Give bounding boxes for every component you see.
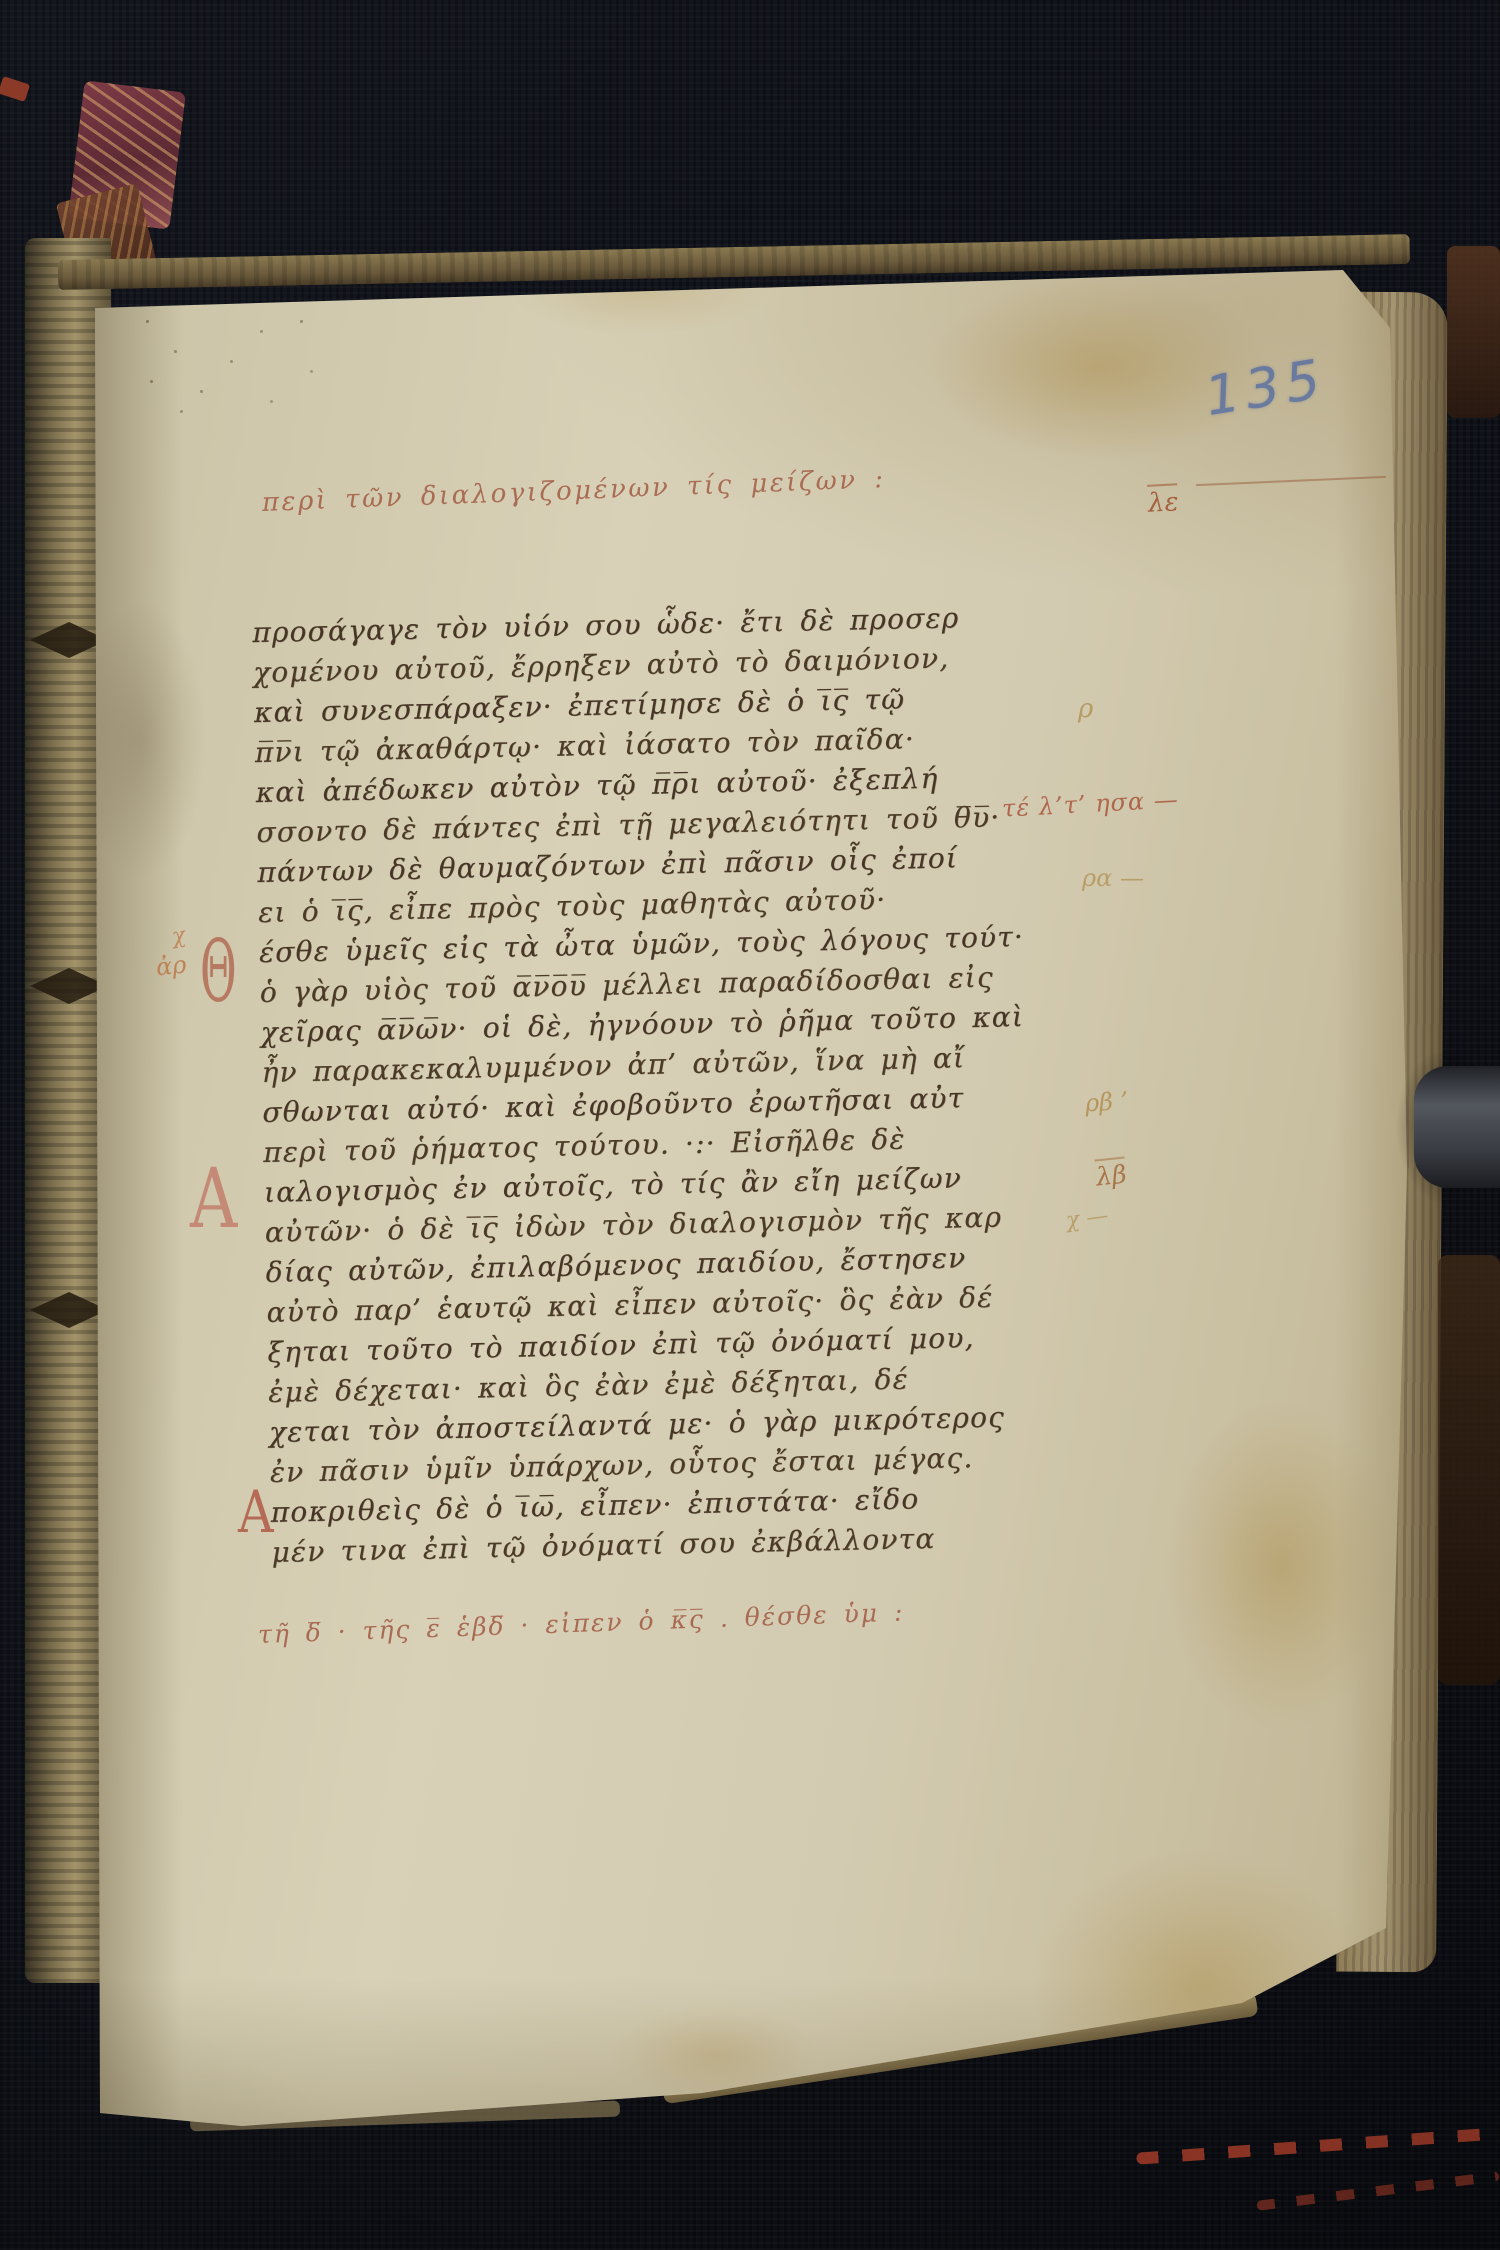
section-number: ρ xyxy=(1078,694,1093,724)
stain xyxy=(1030,1850,1370,2120)
text-block: προσάγαγε τὸν υἱόν σου ὧδε· ἔτι δὲ προσε… xyxy=(252,600,1062,1576)
stain xyxy=(1165,1400,1395,1730)
cover-leather-patch xyxy=(1438,1255,1500,1685)
lection-start-mark: ἀρ xyxy=(155,950,188,981)
initial-theta: Θ xyxy=(200,922,237,1022)
stain xyxy=(610,2005,820,2105)
initial-alpha: Α xyxy=(190,1152,237,1247)
canon-number: λβ xyxy=(1094,1157,1127,1192)
cover-leather-patch xyxy=(1447,246,1500,418)
page-clamp xyxy=(1414,1066,1500,1188)
section-number: ρβ ’ xyxy=(1084,1087,1129,1118)
section-number: ρα — xyxy=(1082,864,1144,892)
chapter-numeral: λε xyxy=(1147,483,1179,519)
manuscript-photo: 135 περὶ τῶν διαλογιζομένων τίς μείζων :… xyxy=(0,0,1500,2250)
red-thread xyxy=(0,76,30,102)
initial-alpha: Α xyxy=(238,1478,274,1546)
cover-stitching xyxy=(1256,2171,1499,2211)
cover-stitching xyxy=(1136,2127,1500,2164)
